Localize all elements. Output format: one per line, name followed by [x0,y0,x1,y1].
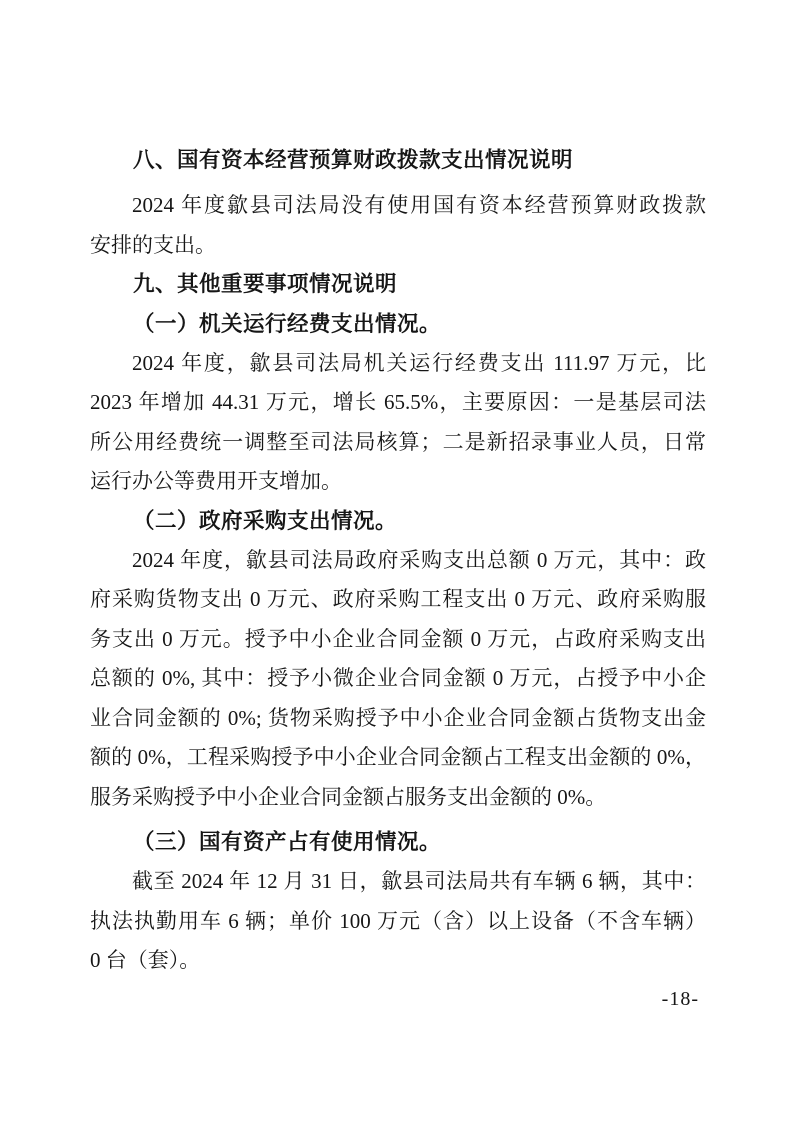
paragraph-line: 安排的支出。 [90,226,706,265]
paragraph-line: 务支出 0 万元。授予中小企业合同金额 0 万元，占政府采购支出 [90,620,706,659]
paragraph-line: 2024 年度，歙县司法局政府采购支出总额 0 万元，其中：政 [90,541,706,580]
subsection-heading-2: （二）政府采购支出情况。 [90,502,706,541]
paragraph-line: 2024 年度，歙县司法局机关运行经费支出 111.97 万元，比 [90,344,706,383]
subsection-heading-3: （三）国有资产占有使用情况。 [90,823,706,862]
paragraph-line: 服务采购授予中小企业合同金额占服务支出金额的 0%。 [90,778,706,817]
paragraph-line: 2023 年增加 44.31 万元，增长 65.5%，主要原因：一是基层司法 [90,383,706,422]
paragraph-line: 所公用经费统一调整至司法局核算；二是新招录事业人员，日常 [90,423,706,462]
paragraph-line: 执法执勤用车 6 辆；单价 100 万元（含）以上设备（不含车辆） [90,902,706,941]
subsection-heading-1: （一）机关运行经费支出情况。 [90,305,706,344]
paragraph-line: 总额的 0%, 其中：授予小微企业合同金额 0 万元，占授予中小企 [90,659,706,698]
paragraph-line: 0 台（套）。 [90,941,706,980]
paragraph-line: 额的 0%，工程采购授予中小企业合同金额占工程支出金额的 0%， [90,738,706,777]
page-number: -18- [662,986,699,1012]
paragraph-line: 截至 2024 年 12 月 31 日，歙县司法局共有车辆 6 辆，其中： [90,862,706,901]
paragraph-line: 业合同金额的 0%; 货物采购授予中小企业合同金额占货物支出金 [90,699,706,738]
paragraph-line: 2024 年度歙县司法局没有使用国有资本经营预算财政拨款 [90,186,706,225]
paragraph-line: 府采购货物支出 0 万元、政府采购工程支出 0 万元、政府采购服 [90,580,706,619]
paragraph-line: 运行办公等费用开支增加。 [90,462,706,501]
document-page: 八、国有资本经营预算财政拨款支出情况说明2024 年度歙县司法局没有使用国有资本… [0,0,793,1122]
document-body: 八、国有资本经营预算财政拨款支出情况说明2024 年度歙县司法局没有使用国有资本… [90,141,706,981]
section-heading-9: 九、其他重要事项情况说明 [90,265,706,304]
section-heading-8: 八、国有资本经营预算财政拨款支出情况说明 [90,141,706,180]
